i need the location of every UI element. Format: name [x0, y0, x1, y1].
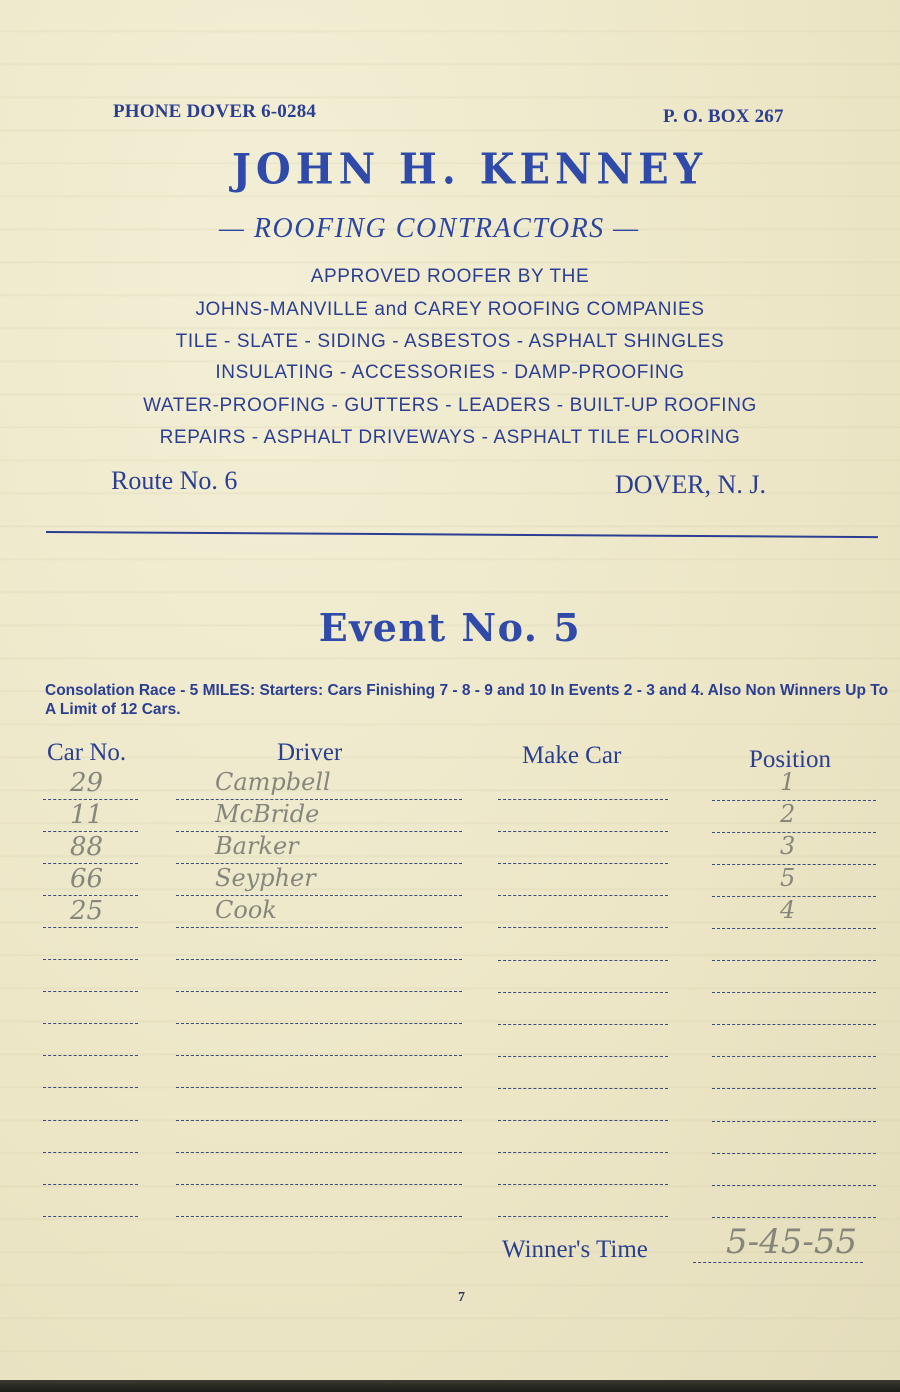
driver-entry-line[interactable] — [176, 991, 462, 992]
car-no-entry-line[interactable] — [43, 1087, 138, 1088]
winners-time-value[interactable]: 5-45-55 — [726, 1222, 857, 1262]
driver-value[interactable]: McBride — [215, 800, 319, 828]
service-line: REPAIRS - ASPHALT DRIVEWAYS - ASPHALT TI… — [0, 427, 900, 449]
car-no-entry-line[interactable] — [43, 991, 138, 992]
driver-entry-line[interactable] — [176, 1055, 462, 1056]
city-address: DOVER, N. J. — [615, 470, 766, 500]
service-line: WATER-PROOFING - GUTTERS - LEADERS - BUI… — [0, 395, 900, 417]
company-name: JOHN H. KENNEY — [232, 145, 707, 194]
service-line: INSULATING - ACCESSORIES - DAMP-PROOFING — [0, 362, 900, 384]
driver-entry-line[interactable] — [176, 1120, 462, 1121]
service-line: APPROVED ROOFER BY THE — [0, 266, 900, 288]
event-description: Consolation Race - 5 MILES: Starters: Ca… — [45, 681, 895, 719]
driver-entry-line[interactable] — [176, 1087, 462, 1088]
car-no-entry-line[interactable] — [43, 1023, 138, 1024]
driver-value[interactable]: Campbell — [215, 768, 331, 796]
make-entry-line[interactable] — [498, 895, 668, 896]
make-entry-line[interactable] — [498, 799, 668, 800]
position-entry-line[interactable] — [712, 992, 876, 993]
driver-value[interactable]: Seypher — [215, 864, 316, 892]
make-entry-line[interactable] — [498, 863, 668, 864]
company-tagline: — ROOFING CONTRACTORS — — [219, 213, 640, 245]
position-entry-line[interactable] — [712, 1056, 876, 1057]
position-value[interactable]: 2 — [780, 800, 795, 828]
position-value[interactable]: 3 — [780, 832, 795, 860]
make-entry-line[interactable] — [498, 1216, 668, 1217]
car-no-value[interactable]: 29 — [70, 768, 103, 798]
column-header-driver: Driver — [277, 739, 342, 767]
position-entry-line[interactable] — [712, 928, 876, 929]
car-no-entry-line[interactable] — [43, 927, 138, 928]
driver-entry-line[interactable] — [176, 1023, 462, 1024]
make-entry-line[interactable] — [498, 992, 668, 993]
winners-time-label: Winner's Time — [502, 1236, 648, 1264]
car-no-value[interactable]: 66 — [70, 864, 103, 894]
make-entry-line[interactable] — [498, 831, 668, 832]
column-header-car-no: Car No. — [47, 739, 126, 767]
position-entry-line[interactable] — [712, 1153, 876, 1154]
driver-value[interactable]: Cook — [215, 896, 277, 924]
make-entry-line[interactable] — [498, 1184, 668, 1185]
make-entry-line[interactable] — [498, 960, 668, 961]
car-no-entry-line[interactable] — [43, 1120, 138, 1121]
po-box: P. O. BOX 267 — [663, 106, 784, 128]
car-no-entry-line[interactable] — [43, 1184, 138, 1185]
route-address: Route No. 6 — [111, 466, 237, 496]
car-no-entry-line[interactable] — [43, 959, 138, 960]
position-entry-line[interactable] — [712, 1121, 876, 1122]
car-no-value[interactable]: 25 — [70, 896, 103, 926]
position-entry-line[interactable] — [712, 1217, 876, 1218]
page-number: 7 — [458, 1290, 465, 1306]
make-entry-line[interactable] — [498, 1088, 668, 1089]
driver-entry-line[interactable] — [176, 959, 462, 960]
position-entry-line[interactable] — [712, 1088, 876, 1089]
service-line: TILE - SLATE - SIDING - ASBESTOS - ASPHA… — [0, 331, 900, 353]
make-entry-line[interactable] — [498, 1056, 668, 1057]
position-value[interactable]: 5 — [780, 864, 795, 892]
driver-value[interactable]: Barker — [215, 832, 299, 860]
driver-entry-line[interactable] — [176, 1152, 462, 1153]
driver-entry-line[interactable] — [176, 1216, 462, 1217]
position-entry-line[interactable] — [712, 1024, 876, 1025]
position-entry-line[interactable] — [712, 960, 876, 961]
driver-entry-line[interactable] — [176, 927, 462, 928]
position-value[interactable]: 1 — [780, 768, 795, 796]
make-entry-line[interactable] — [498, 927, 668, 928]
make-entry-line[interactable] — [498, 1152, 668, 1153]
driver-entry-line[interactable] — [176, 1184, 462, 1185]
phone-number: PHONE DOVER 6-0284 — [113, 101, 316, 123]
winners-time-line — [693, 1262, 863, 1263]
make-entry-line[interactable] — [498, 1120, 668, 1121]
position-value[interactable]: 4 — [780, 896, 795, 924]
make-entry-line[interactable] — [498, 1024, 668, 1025]
car-no-value[interactable]: 11 — [70, 800, 103, 830]
column-header-make-car: Make Car — [522, 742, 621, 770]
car-no-entry-line[interactable] — [43, 1216, 138, 1217]
car-no-value[interactable]: 88 — [70, 832, 103, 862]
service-line: JOHNS-MANVILLE and CAREY ROOFING COMPANI… — [0, 299, 900, 321]
car-no-entry-line[interactable] — [43, 1152, 138, 1153]
page-bottom-edge — [0, 1380, 900, 1392]
position-entry-line[interactable] — [712, 1185, 876, 1186]
event-title: Event No. 5 — [0, 605, 900, 650]
car-no-entry-line[interactable] — [43, 1055, 138, 1056]
